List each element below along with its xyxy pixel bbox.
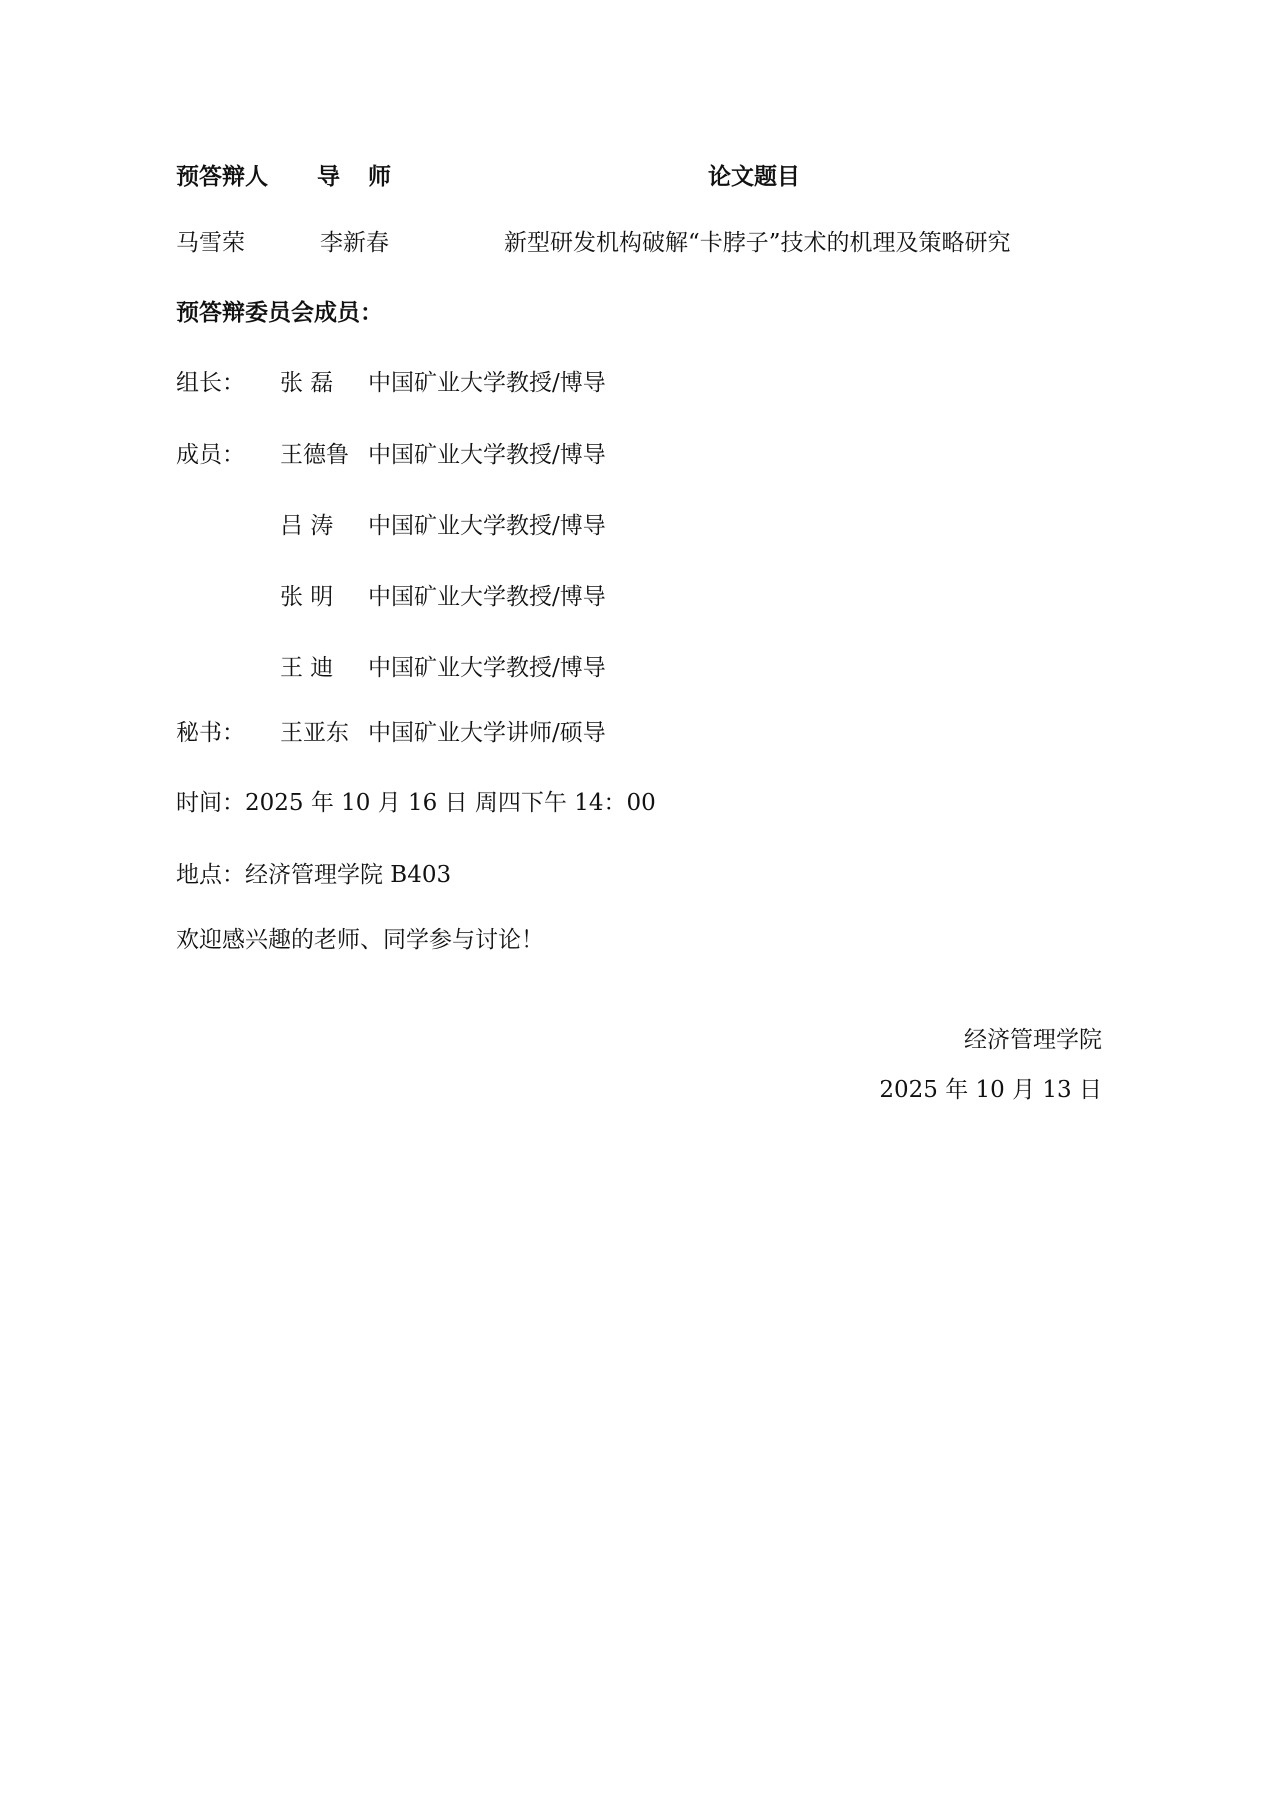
event-time: 时间：2025 年 10 月 16 日 周四下午 14：00: [176, 788, 656, 818]
member-role: 成员：: [176, 440, 245, 470]
member-role: 秘书：: [176, 718, 245, 748]
member-affiliation: 中国矿业大学讲师/硕导: [368, 718, 606, 748]
member-name: 张 磊: [280, 368, 333, 398]
advisor-name: 李新春: [320, 228, 389, 258]
header-thesis-label: 论文题目: [708, 162, 800, 192]
member-role: 组长：: [176, 368, 245, 398]
thesis-title: 新型研发机构破解“卡脖子”技术的机理及策略研究: [504, 228, 1011, 258]
signature-date: 2025 年 10 月 13 日: [879, 1075, 1102, 1105]
member-name: 吕 涛: [280, 511, 333, 541]
member-name: 张 明: [280, 582, 333, 612]
member-affiliation: 中国矿业大学教授/博导: [368, 368, 606, 398]
member-affiliation: 中国矿业大学教授/博导: [368, 511, 606, 541]
header-candidate-label: 预答辩人: [176, 162, 268, 192]
member-affiliation: 中国矿业大学教授/博导: [368, 653, 606, 683]
member-affiliation: 中国矿业大学教授/博导: [368, 582, 606, 612]
member-affiliation: 中国矿业大学教授/博导: [368, 440, 606, 470]
committee-heading: 预答辩委员会成员：: [176, 298, 383, 328]
member-name: 王亚东: [280, 718, 349, 748]
signature-organization: 经济管理学院: [964, 1025, 1102, 1055]
member-name: 王 迪: [280, 653, 333, 683]
member-name: 王德鲁: [280, 440, 349, 470]
candidate-name: 马雪荣: [176, 228, 245, 258]
welcome-message: 欢迎感兴趣的老师、同学参与讨论！: [176, 925, 544, 955]
event-location: 地点：经济管理学院 B403: [176, 860, 451, 890]
header-advisor-label: 导 师: [317, 162, 401, 192]
